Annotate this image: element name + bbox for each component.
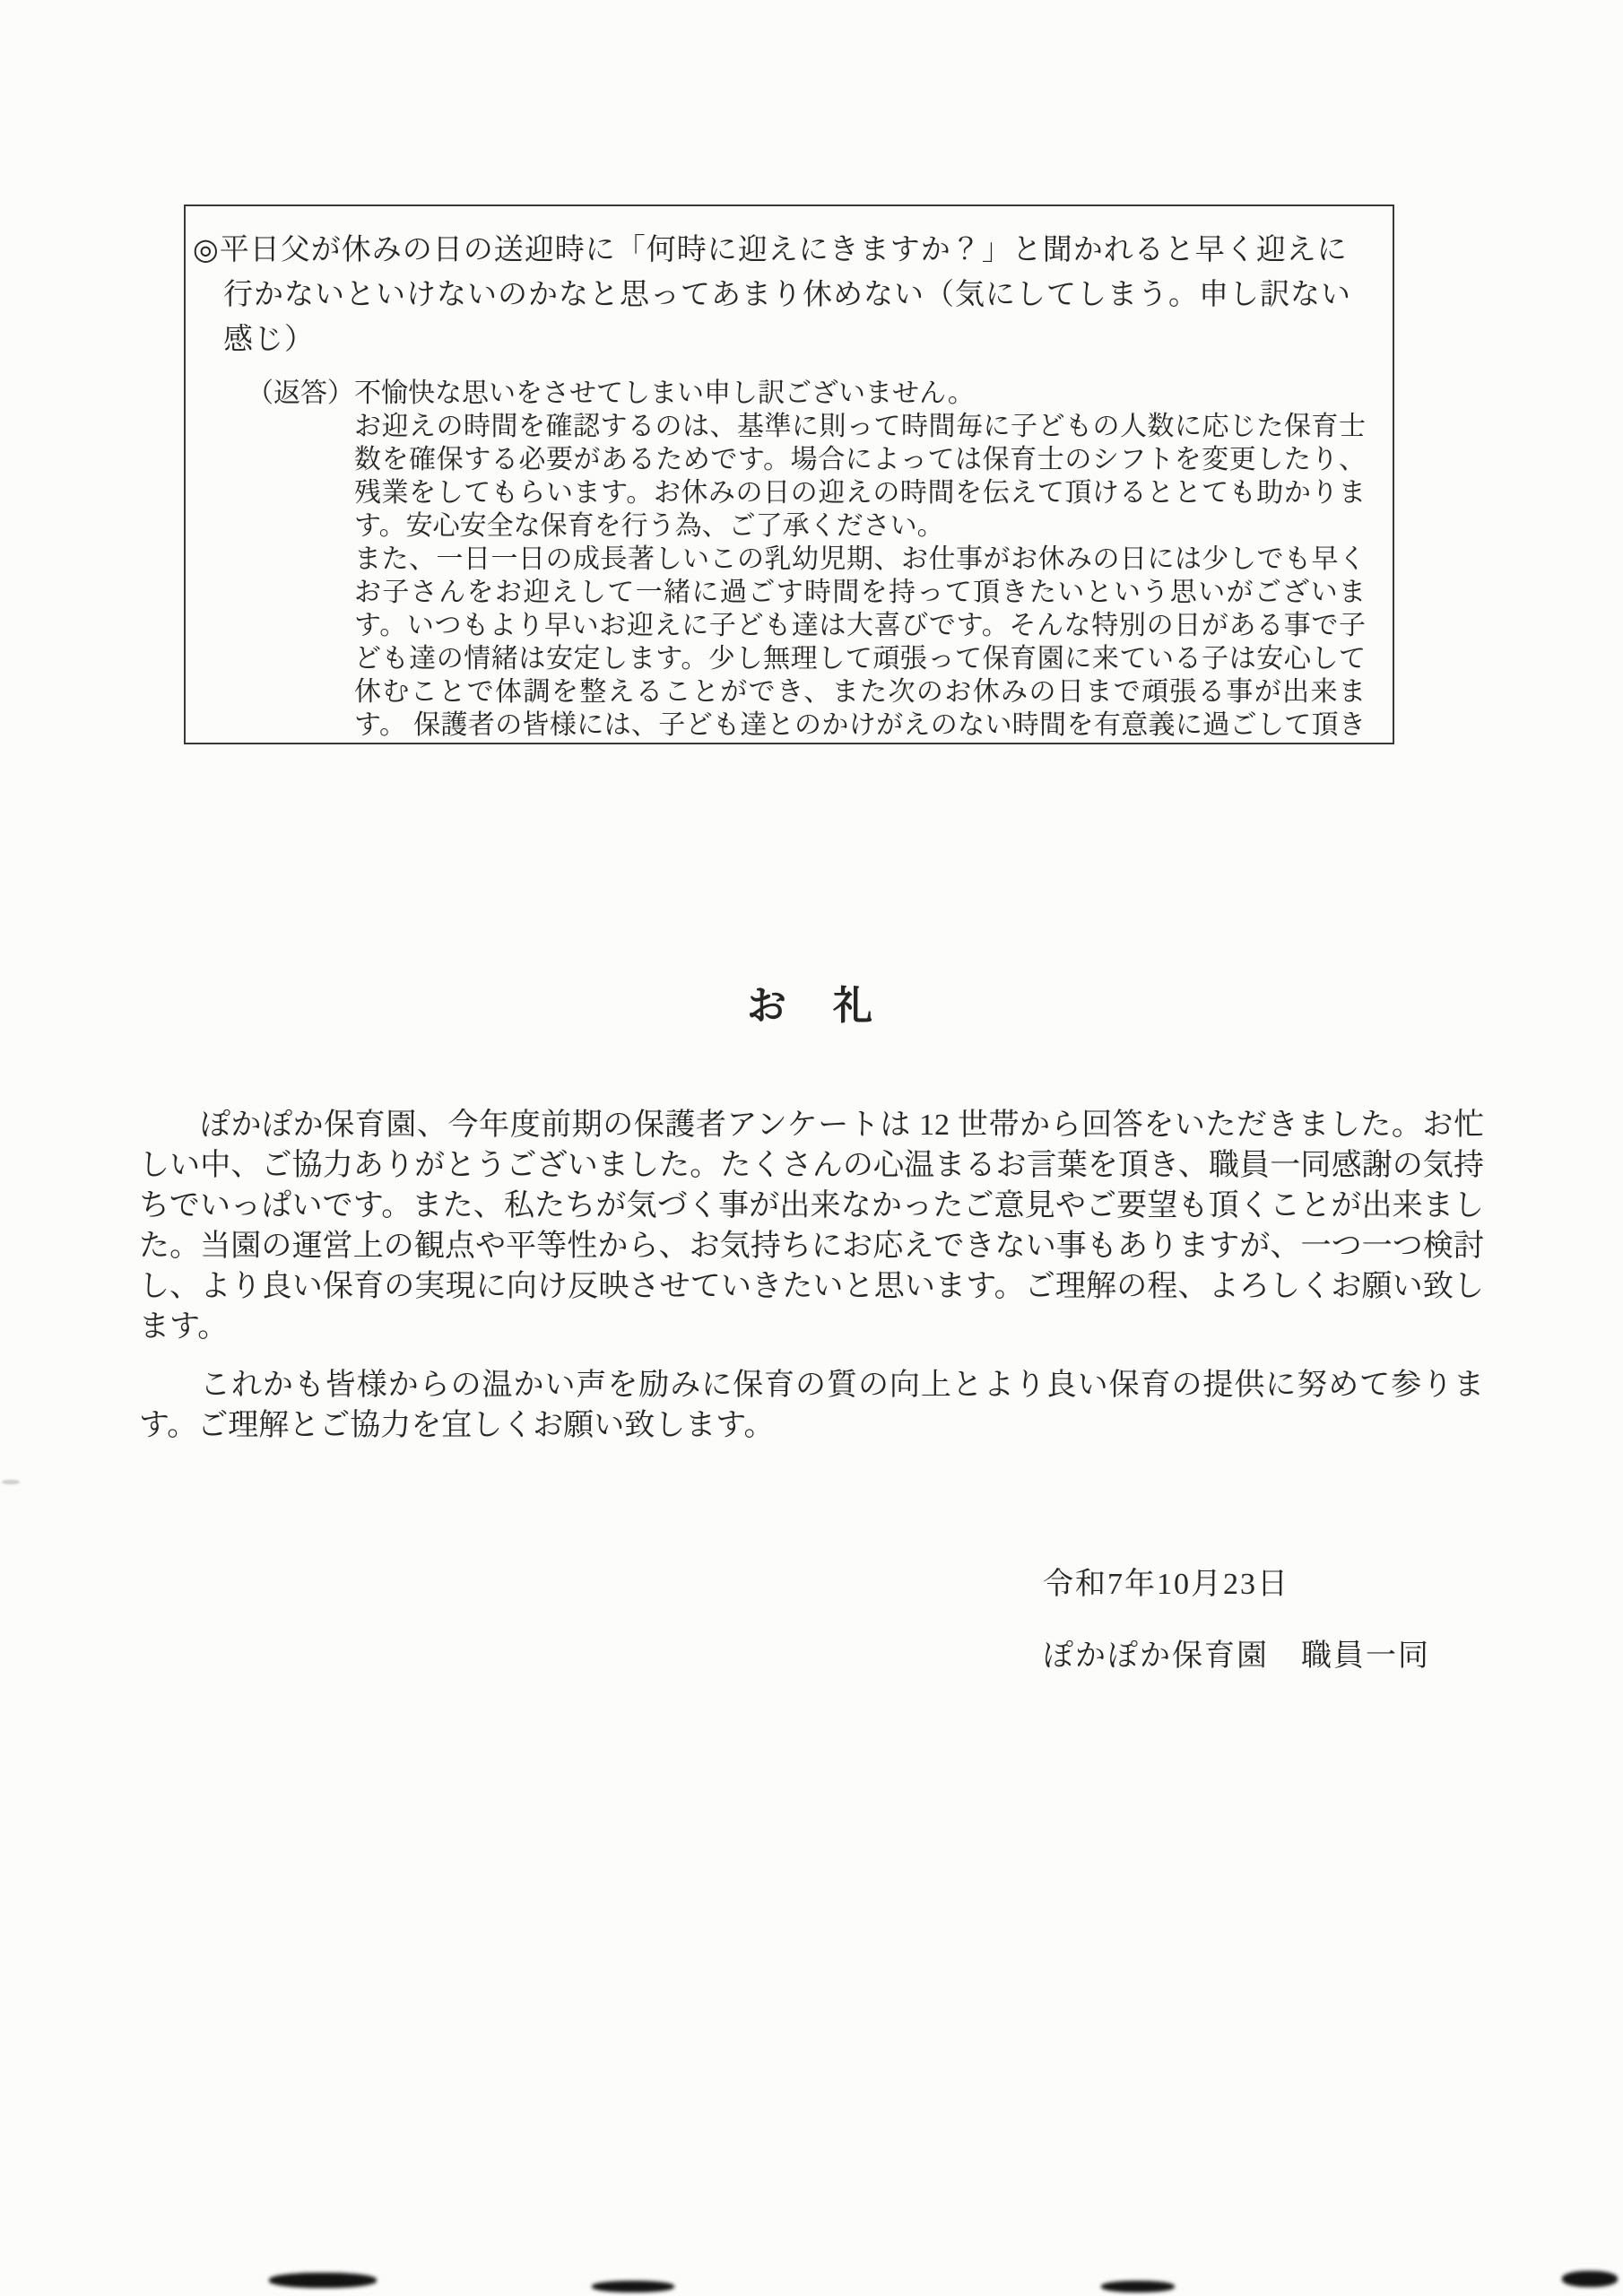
letter-title: お 礼: [0, 973, 1623, 1031]
question-text: 平日父が休みの日の送迎時に「何時に迎えにきますか？」と聞かれると早く迎えに行かな…: [220, 234, 1351, 356]
question-marker: ◎: [193, 234, 220, 266]
letter-paragraph: これかも皆様からの温かい声を励みに保育の質の向上とより良い保育の提供に努めて参り…: [139, 1365, 1484, 1446]
letter-body: ぽかぽか保育園、今年度前期の保護者アンケートは 12 世帯から回答をいただきまし…: [139, 1105, 1484, 1446]
scan-artifact: [1562, 2271, 1618, 2287]
scanned-document-page: ◎平日父が休みの日の送迎時に「何時に迎えにきますか？」と聞かれると早く迎えに行か…: [0, 0, 1623, 2296]
reply-paragraph: また、一日一日の成長著しいこの乳幼児期、お仕事がお休みの日には少しでも早くお子さ…: [354, 543, 1366, 744]
reply-paragraph: お迎えの時間を確認するのは、基準に則って時間毎に子どもの人数に応じた保育士数を確…: [354, 410, 1366, 543]
scan-artifact: [2, 1480, 20, 1484]
scan-artifact: [1101, 2281, 1175, 2292]
letter-paragraph: ぽかぽか保育園、今年度前期の保護者アンケートは 12 世帯から回答をいただきまし…: [139, 1105, 1484, 1347]
scan-artifact: [592, 2281, 674, 2292]
letter-date: 令和7年10月23日: [1043, 1559, 1289, 1603]
letter-signature: ぽかぽか保育園 職員一同: [1043, 1631, 1430, 1674]
scan-artifact: [269, 2273, 377, 2288]
reply-label: （返答）: [193, 377, 354, 744]
reply-text: 不愉快な思いをさせてしまい申し訳ございません。 お迎えの時間を確認するのは、基準…: [354, 377, 1366, 744]
feedback-box: ◎平日父が休みの日の送迎時に「何時に迎えにきますか？」と聞かれると早く迎えに行か…: [184, 204, 1394, 744]
reply-section: （返答） 不愉快な思いをさせてしまい申し訳ございません。 お迎えの時間を確認する…: [193, 377, 1366, 744]
parent-question: ◎平日父が休みの日の送迎時に「何時に迎えにきますか？」と聞かれると早く迎えに行か…: [193, 228, 1366, 362]
reply-paragraph: 不愉快な思いをさせてしまい申し訳ございません。: [354, 377, 1366, 410]
